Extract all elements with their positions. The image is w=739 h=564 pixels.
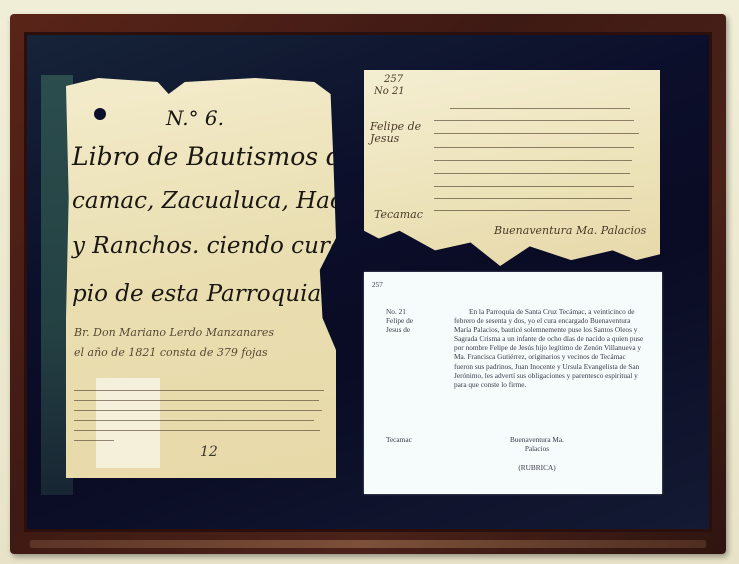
baptism-book-cover-page: N.° 6. Libro de Bautismos de Te- camac, … bbox=[66, 78, 336, 478]
margin-number: No 21 bbox=[374, 86, 405, 97]
margin-name-2: Jesus bbox=[370, 132, 399, 145]
title-line-2: camac, Zacualuca, Haciendas bbox=[72, 188, 336, 214]
handwriting-line bbox=[434, 120, 634, 122]
handwriting-line bbox=[74, 390, 324, 392]
handwriting-line bbox=[74, 440, 114, 442]
title-line-4: pio de esta Parroquia el bbox=[72, 281, 336, 307]
handwriting-line bbox=[434, 198, 632, 200]
transcript-margin: No. 21 Felipe de Jesus de bbox=[386, 307, 426, 334]
handwriting-line bbox=[434, 173, 630, 175]
margin-line-2: Felipe de bbox=[386, 316, 426, 325]
handwriting-line bbox=[74, 430, 320, 432]
handwriting-line bbox=[74, 420, 314, 422]
typed-transcription-card: 257 No. 21 Felipe de Jesus de En la Parr… bbox=[364, 272, 662, 494]
rubrica-label: (RUBRICA) bbox=[487, 463, 587, 472]
place-name: Tecamac bbox=[374, 208, 423, 221]
paper-hole bbox=[94, 108, 106, 120]
handwriting-line bbox=[74, 400, 319, 402]
handwriting-line bbox=[450, 108, 630, 110]
handwriting-line bbox=[434, 186, 634, 188]
folio-number: 257 bbox=[384, 74, 403, 85]
title-line-3: y Ranchos. ciendo cura pro- bbox=[72, 233, 336, 259]
subtitle-line-2: el año de 1821 consta de 379 fojas bbox=[74, 346, 268, 359]
transcript-body: En la Parroquia de Santa Cruz Tecámac, a… bbox=[454, 307, 644, 389]
page-number: 12 bbox=[200, 444, 218, 460]
handwriting-line bbox=[434, 210, 630, 212]
subtitle-line-1: Br. Don Mariano Lerdo Manzanares bbox=[74, 326, 274, 339]
margin-line-3: Jesus de bbox=[386, 325, 426, 334]
frame-bottom-highlight bbox=[30, 540, 706, 548]
handwriting-line bbox=[434, 147, 634, 149]
signature-line-1: Buenaventura Ma. bbox=[487, 435, 587, 444]
signature: Buenaventura Ma. Palacios bbox=[494, 224, 646, 237]
transcript-signature: Buenaventura Ma. Palacios bbox=[487, 435, 587, 453]
handwriting-line bbox=[74, 410, 322, 412]
transcript-place: Tecamac bbox=[386, 435, 412, 444]
handwriting-line bbox=[434, 160, 632, 162]
title-line-1: Libro de Bautismos de Te- bbox=[72, 142, 336, 171]
book-number: N.° 6. bbox=[166, 106, 224, 130]
transcript-folio: 257 bbox=[372, 280, 383, 289]
handwriting-line bbox=[434, 133, 639, 135]
signature-line-2: Palacios bbox=[487, 444, 587, 453]
margin-line-1: No. 21 bbox=[386, 307, 426, 316]
